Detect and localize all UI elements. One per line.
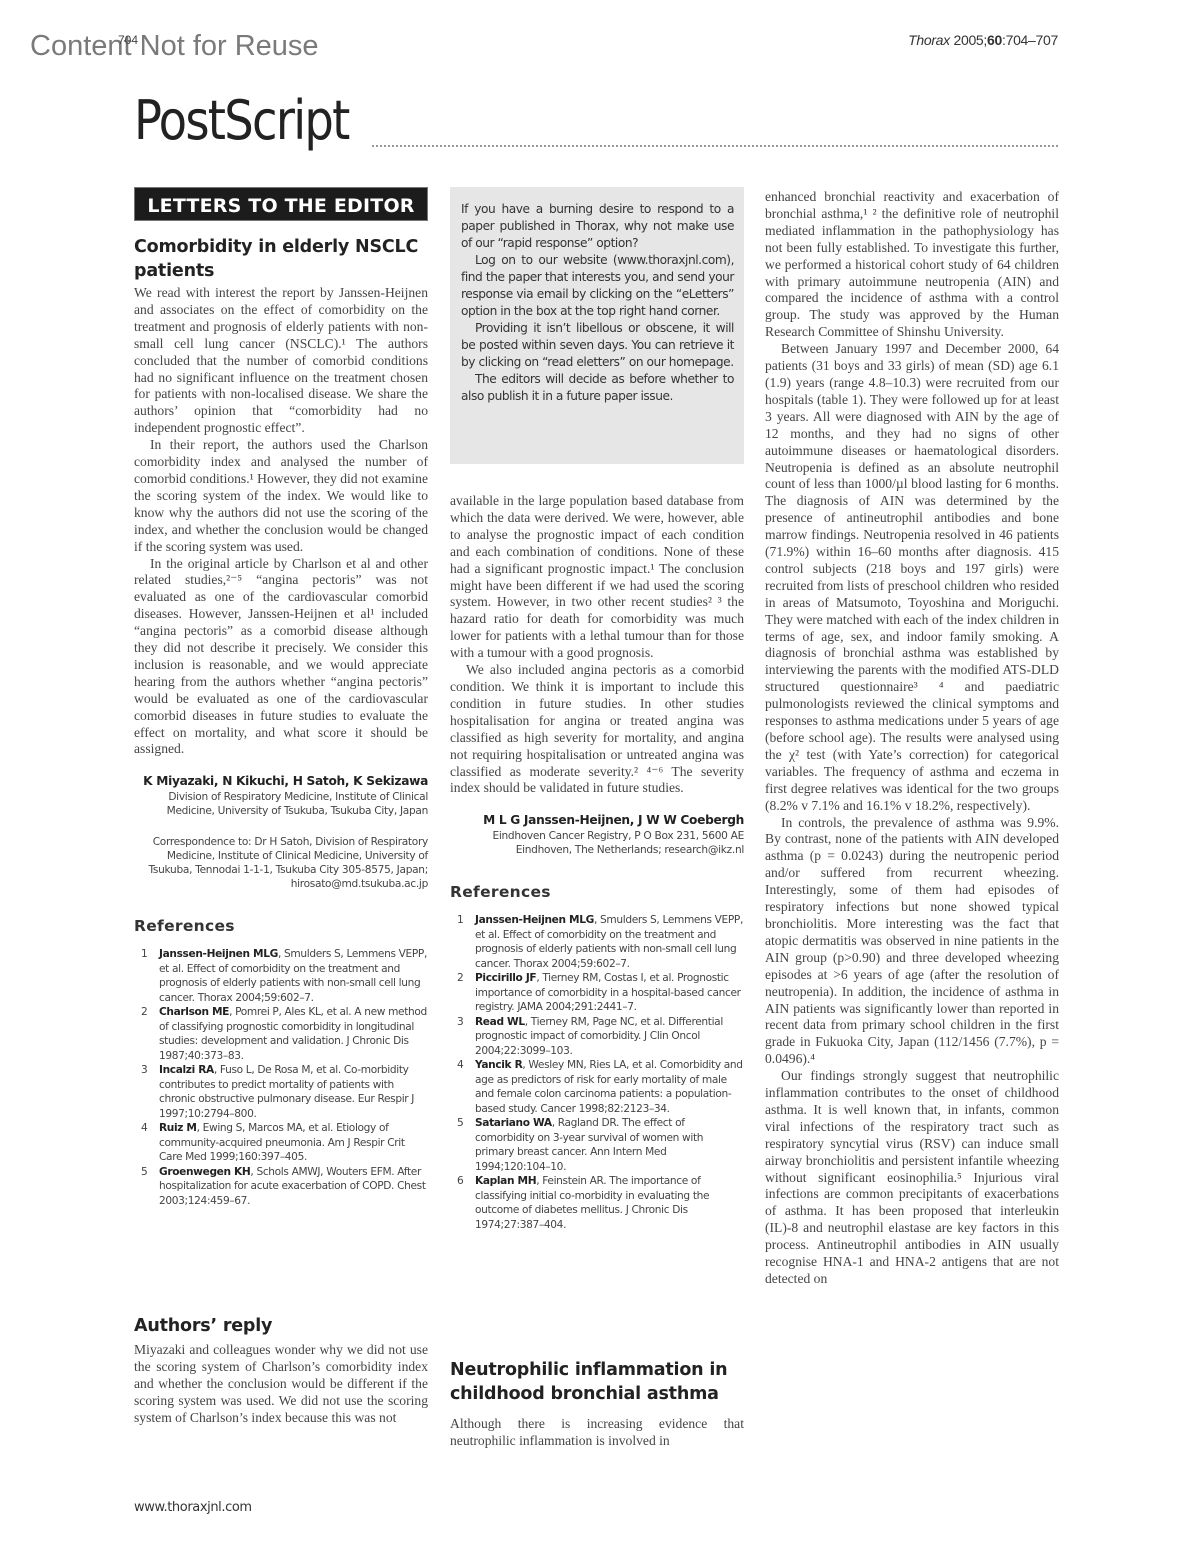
- dotted-rule: [372, 145, 1058, 147]
- authors-reply-start: Authors’ reply Miyazaki and colleagues w…: [134, 1314, 428, 1427]
- letter2-body-start: Although there is increasing evidence th…: [450, 1416, 744, 1450]
- box-paragraph: Providing it isn’t libellous or obscene,…: [461, 320, 734, 371]
- letter2-start: Neutrophilic inflammation in childhood b…: [450, 1358, 744, 1450]
- reference-item: 5Satariano WA, Ragland DR. The effect of…: [450, 1116, 744, 1174]
- letter1-affiliation: Division of Respiratory Medicine, Instit…: [134, 790, 428, 818]
- rapid-response-box: If you have a burning desire to respond …: [450, 187, 744, 464]
- journal-citation: Thorax 2005;60:704–707: [908, 32, 1058, 48]
- correspondence: Correspondence to: Dr H Satoh, Division …: [134, 835, 428, 891]
- reference-item: 3Read WL, Tierney RM, Page NC, et al. Di…: [450, 1015, 744, 1059]
- paragraph: We also included angina pectoris as a co…: [450, 662, 744, 797]
- column-1: LETTERS TO THE EDITOR Comorbidity in eld…: [134, 187, 428, 1208]
- reference-item: 4Ruiz M, Ewing S, Marcos MA, et al. Etio…: [134, 1121, 428, 1165]
- paragraph: enhanced bronchial reactivity and exacer…: [765, 189, 1059, 341]
- reference-item: 2Piccirillo JF, Tierney RM, Costas I, et…: [450, 971, 744, 1015]
- journal-url[interactable]: www.thoraxjnl.com: [134, 1500, 252, 1515]
- reference-item: 2Charlson ME, Pomrei P, Ales KL, et al. …: [134, 1005, 428, 1063]
- reply-authors: M L G Janssen-Heijnen, J W W Coebergh: [450, 813, 744, 827]
- reference-item: 1Janssen-Heijnen MLG, Smulders S, Lemmen…: [134, 947, 428, 1005]
- reference-item: 6Kaplan MH, Feinstein AR. The importance…: [450, 1174, 744, 1232]
- paragraph: We read with interest the report by Jans…: [134, 285, 428, 437]
- journal-name: Thorax: [908, 32, 950, 48]
- article-title: Neutrophilic inflammation in childhood b…: [450, 1358, 744, 1406]
- references-list-1: 1Janssen-Heijnen MLG, Smulders S, Lemmen…: [134, 947, 428, 1208]
- box-paragraph: Log on to our website (www.thoraxjnl.com…: [461, 252, 734, 320]
- article-title: Comorbidity in elderly NSCLC patients: [134, 235, 428, 283]
- letters-banner: LETTERS TO THE EDITOR: [134, 187, 428, 221]
- page-number: 704: [118, 33, 138, 47]
- letter2-body: enhanced bronchial reactivity and exacer…: [765, 189, 1059, 1288]
- references-heading: References: [450, 883, 744, 901]
- box-paragraph: The editors will decide as before whethe…: [461, 371, 734, 405]
- paragraph: In controls, the prevalence of asthma wa…: [765, 815, 1059, 1069]
- paragraph: Between January 1997 and December 2000, …: [765, 341, 1059, 814]
- references-list-2: 1Janssen-Heijnen MLG, Smulders S, Lemmen…: [450, 913, 744, 1232]
- reference-item: 1Janssen-Heijnen MLG, Smulders S, Lemmen…: [450, 913, 744, 971]
- reply-body-start: Miyazaki and colleagues wonder why we di…: [134, 1342, 428, 1427]
- section-title: PostScript: [134, 86, 349, 156]
- paragraph: In the original article by Charlson et a…: [134, 556, 428, 759]
- paragraph: In their report, the authors used the Ch…: [134, 437, 428, 555]
- letter1-authors: K Miyazaki, N Kikuchi, H Satoh, K Sekiza…: [134, 774, 428, 788]
- paragraph: Miyazaki and colleagues wonder why we di…: [134, 1342, 428, 1427]
- paragraph: Our findings strongly suggest that neutr…: [765, 1068, 1059, 1288]
- paragraph: available in the large population based …: [450, 493, 744, 662]
- references-heading: References: [134, 917, 428, 935]
- paragraph: Although there is increasing evidence th…: [450, 1416, 744, 1450]
- column-3: enhanced bronchial reactivity and exacer…: [765, 189, 1059, 1288]
- reply-body: available in the large population based …: [450, 493, 744, 797]
- letter1-body: We read with interest the report by Jans…: [134, 285, 428, 758]
- reference-item: 5Groenwegen KH, Schols AMWJ, Wouters EFM…: [134, 1165, 428, 1209]
- box-paragraph: If you have a burning desire to respond …: [461, 201, 734, 252]
- reference-item: 3Incalzi RA, Fuso L, De Rosa M, et al. C…: [134, 1063, 428, 1121]
- column-2: available in the large population based …: [450, 493, 744, 1232]
- watermark: Content Not for Reuse: [30, 30, 319, 63]
- reference-item: 4Yancik R, Wesley MN, Ries LA, et al. Co…: [450, 1058, 744, 1116]
- reply-title: Authors’ reply: [134, 1314, 428, 1338]
- reply-affiliation: Eindhoven Cancer Registry, P O Box 231, …: [450, 829, 744, 857]
